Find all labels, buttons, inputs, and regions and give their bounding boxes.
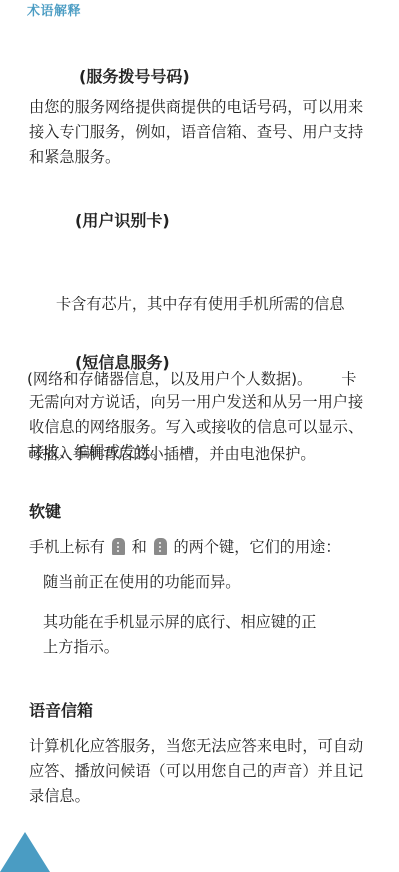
- bullet-soft-keys-1: 随当前正在使用的功能而异。: [43, 570, 399, 595]
- intro-text-and: 和: [132, 538, 147, 556]
- heading-sms: (短信息服务): [75, 350, 170, 373]
- text-line: 接收、编辑或发送。: [29, 440, 399, 465]
- bullet-soft-keys-2: 其功能在手机显示屏的底行、相应键的正 上方指示。: [43, 610, 399, 660]
- text-line: 卡含有芯片，其中存有使用手机所需的信息: [27, 292, 399, 317]
- up-triangle-icon[interactable]: [0, 832, 50, 872]
- text-line: 接入专门服务，例如，语音信箱、查号、用户支持: [29, 120, 399, 145]
- page-header: 术语解释: [27, 0, 81, 19]
- paragraph-voice-mailbox: 计算机化应答服务，当您无法应答来电时，可自动 应答、播放问候语（可以用您自己的声…: [29, 734, 399, 809]
- heading-sim-card: (用户识别卡): [75, 208, 170, 231]
- text-line: 收信息的网络服务。写入或接收的信息可以显示、: [29, 415, 399, 440]
- text-line: 由您的服务网络提供商提供的电话号码，可以用来: [29, 95, 399, 120]
- heading-soft-keys: 软键: [29, 499, 61, 522]
- text-line: 其功能在手机显示屏的底行、相应键的正: [43, 610, 399, 635]
- right-softkey-icon: [154, 538, 167, 555]
- text-line: 无需向对方说话，向另一用户发送和从另一用户接: [29, 390, 399, 415]
- paragraph-sms: 无需向对方说话，向另一用户发送和从另一用户接 收信息的网络服务。写入或接收的信息…: [29, 390, 399, 465]
- text-line: 上方指示。: [43, 635, 399, 660]
- heading-service-dialing-numbers: (服务拨号号码): [79, 64, 190, 87]
- text-line: 计算机化应答服务，当您无法应答来电时，可自动: [29, 734, 399, 759]
- intro-text-before: 手机上标有: [29, 538, 105, 556]
- text-line: 和紧急服务。: [29, 145, 399, 170]
- heading-voice-mailbox: 语音信箱: [29, 698, 93, 721]
- text-line: 随当前正在使用的功能而异。: [43, 570, 399, 595]
- paragraph-service-dialing-numbers: 由您的服务网络提供商提供的电话号码，可以用来 接入专门服务，例如，语音信箱、查号…: [29, 95, 399, 170]
- paragraph-soft-keys-intro: 手机上标有 和 的两个键，它们的用途：: [29, 535, 399, 560]
- text-line: 手机上标有 和 的两个键，它们的用途：: [29, 535, 399, 560]
- left-softkey-icon: [112, 538, 125, 555]
- text-line: 应答、播放问候语（可以用您自己的声音）并且记: [29, 759, 399, 784]
- intro-text-after: 的两个键，它们的用途：: [173, 538, 340, 556]
- text-line: 录信息。: [29, 784, 399, 809]
